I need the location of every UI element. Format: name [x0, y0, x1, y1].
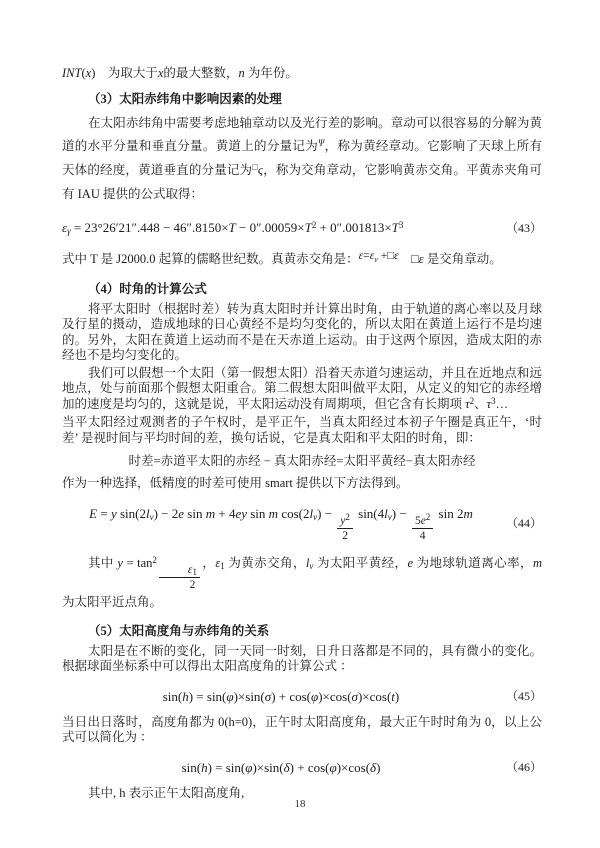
text-run: 3	[399, 220, 404, 230]
text-run: （3）太阳赤纬角中影响因素的处理	[88, 92, 282, 106]
text-run: ν	[150, 512, 154, 522]
text-run: − 0″.00059×	[236, 220, 305, 235]
text-run: 为年份。	[245, 66, 298, 80]
paragraph: 将平太阳时（根据时差）转为真太阳时并计算出时角，由于轨道的离心率以及月球及行星的…	[62, 302, 542, 364]
text-run: ) = sin(	[208, 760, 246, 775]
text-run: ) − 2	[154, 506, 179, 521]
text-run: 1	[220, 561, 225, 571]
text-run: ν	[309, 561, 313, 571]
paragraph: 其中 y = tan2ε12，ε1 为黄赤交角，lν 为太阳平黄经，e 为地球轨…	[62, 552, 542, 614]
text-run: ) 为取大于	[91, 66, 158, 80]
text-run: 2	[470, 396, 475, 406]
text-run: 、	[474, 397, 487, 411]
text-run: m	[269, 506, 278, 521]
text-run: 2	[342, 530, 348, 542]
text-run: +□	[378, 250, 394, 262]
text-run: ey	[235, 506, 247, 521]
section-heading: （5）太阳高度角与赤纬角的关系	[62, 623, 542, 639]
text-run: （4）时角的计算公式	[88, 282, 207, 296]
text-run: )×sin(	[252, 760, 283, 775]
formula-number: （46）	[500, 759, 542, 776]
paragraph: 在太阳赤纬角中需要考虑地轴章动以及光行差的影响。章动可以很容易的分解为黄道的水平…	[62, 112, 542, 206]
text-run: ) = sin(	[189, 689, 227, 704]
formula-block: εγ = 23°26′21″.448 − 46″.8150×T − 0″.000…	[62, 219, 542, 238]
text-run: 为地球轨道离心率，	[413, 556, 533, 570]
text-run: E	[89, 506, 97, 521]
paragraph: 作为一种选择，低精度的时差可使用 smart 提供以下方法得到。	[62, 476, 542, 492]
text-run: 其中	[88, 556, 117, 570]
fraction: ε12	[159, 564, 200, 591]
text-run: 为黄赤交角，	[225, 556, 306, 570]
page-number: 18	[0, 798, 600, 810]
text-run: …	[496, 397, 509, 411]
text-run: = 23°26′21″.448 − 46″.8150×	[71, 220, 229, 235]
formula-block: E = y sin(2lν) − 2e sin m + 4ey sin m co…	[62, 505, 542, 542]
fraction: 5e24	[412, 515, 433, 542]
text-run: φ	[330, 760, 337, 775]
text-run: γ	[67, 226, 71, 236]
centered-line: 时差=赤道平太阳的赤经 − 真太阳赤经=太阳平黄经−真太阳赤经	[62, 453, 542, 469]
text-run: T	[229, 220, 236, 235]
formula-number: （43）	[500, 220, 542, 237]
text-run: =	[97, 506, 111, 521]
text-run: □	[252, 162, 258, 172]
equation: sin(h) = sin(φ)×sin(δ) + cos(φ)×cos(δ)	[62, 759, 500, 776]
text-run: T	[392, 220, 399, 235]
section-heading: （3）太阳赤纬角中影响因素的处理	[62, 91, 542, 107]
text-run: 时差=赤道平太阳的赤经 − 真太阳赤经=太阳平黄经−真太阳赤经	[129, 454, 476, 468]
text-run: 4	[420, 530, 426, 542]
text-run: 2	[152, 555, 157, 565]
formula-block: sin(h) = sin(φ)×sin(σ) + cos(φ)×cos(σ)×c…	[62, 688, 542, 705]
paragraph: 式中 T 是 J2000.0 起算的儒略世纪数。真黄赤交角是：ε=εv +□ε …	[62, 248, 542, 272]
text-run: + 0″.001813×	[316, 220, 391, 235]
text-run: m	[206, 506, 215, 521]
text-run: 2	[312, 220, 317, 230]
text-run: 2	[426, 512, 431, 522]
text-run: 式中 T 是 J2000.0 起算的儒略世纪数。真黄赤交角是：	[62, 252, 359, 266]
text-run: （5）太阳高度角与赤纬角的关系	[88, 624, 269, 638]
text-run: + 4	[215, 506, 235, 521]
text-run: ，	[202, 556, 215, 570]
text-run: = tan	[123, 556, 152, 570]
text-run: □	[399, 252, 419, 266]
text-run: cos(2	[278, 506, 309, 521]
text-run: sin 2	[435, 506, 463, 521]
formula-block: sin(h) = sin(φ)×sin(δ) + cos(φ)×cos(δ)（4…	[62, 759, 542, 776]
text-run: φ	[226, 689, 233, 704]
text-run: )×cos(	[318, 689, 351, 704]
text-run: INT	[62, 66, 81, 80]
text-run: τ	[465, 397, 469, 411]
paragraph: 太阳是在不断的变化，同一天同一时刻，日升日落都是不同的，具有微小的变化。根据球面…	[62, 644, 542, 675]
text-run: 当平太阳经过观测者的子午权时，是平正午，当真太阳经过本初子午圈是真正午，‘时差’…	[62, 415, 542, 445]
document-body: INT(x) 为取大于x的最大整数，n 为年份。（3）太阳赤纬角中影响因素的处理…	[62, 66, 542, 803]
text-run: 将平太阳时（根据时差）转为真太阳时并计算出时角，由于轨道的离心率以及月球及行星的…	[62, 302, 542, 363]
text-run: 2	[190, 579, 196, 591]
formula-number: （44）	[500, 515, 542, 532]
text-run: 作为一种选择，低精度的时差可使用 smart 提供以下方法得到。	[62, 476, 409, 490]
text-run: 为太阳平近点角。	[62, 595, 162, 609]
text-run: sin	[184, 506, 206, 521]
text-run: sin(	[182, 760, 202, 775]
text-run: 是交角章动。	[424, 252, 502, 266]
text-run: ν	[313, 512, 317, 522]
text-run: =	[363, 250, 370, 262]
formula-number: （45）	[500, 688, 542, 705]
text-run: ε	[394, 250, 399, 262]
text-run: 的最大整数，	[163, 66, 238, 80]
text-run: sin(2	[117, 506, 146, 521]
paragraph: 当平太阳经过观测者的子午权时，是平正午，当真太阳经过本初子午圈是真正午，‘时差’…	[62, 415, 542, 446]
text-run: 1	[192, 567, 197, 577]
text-run: sin(	[163, 689, 183, 704]
paragraph: 我们可以假想一个太阳（第一假想太阳）沿着天赤道匀速运动，并且在近地点和远地点，处…	[62, 366, 542, 414]
text-run: sin	[247, 506, 269, 521]
text-run: 3	[491, 396, 496, 406]
text-run: )	[376, 760, 380, 775]
text-run: )×cos(	[337, 760, 370, 775]
text-run: ) −	[392, 506, 410, 521]
text-run: ν	[388, 512, 392, 522]
section-heading: （4）时角的计算公式	[62, 281, 542, 297]
text-run: 太阳是在不断的变化，同一天同一时刻，日升日落都是不同的，具有微小的变化。根据球面…	[62, 644, 542, 674]
text-run: m	[533, 556, 542, 570]
text-run: 2	[345, 512, 350, 522]
paragraph: 当日出日落时，高度角都为 0(h=0)，正午时太阳高度角，最大正午时时角为 0，…	[62, 715, 542, 746]
fraction: y22	[337, 515, 353, 542]
text-run: sin(4	[355, 506, 384, 521]
equation: E = y sin(2lν) − 2e sin m + 4ey sin m co…	[62, 505, 500, 542]
document-page: INT(x) 为取大于x的最大整数，n 为年份。（3）太阳赤纬角中影响因素的处理…	[0, 0, 600, 848]
equation: sin(h) = sin(φ)×sin(σ) + cos(φ)×cos(σ)×c…	[62, 688, 500, 705]
text-run: )×sin(	[234, 689, 265, 704]
text-run: )	[395, 689, 399, 704]
text-run: T	[305, 220, 312, 235]
paragraph: INT(x) 为取大于x的最大整数，n 为年份。	[62, 66, 542, 82]
text-run: Ψ	[318, 138, 324, 148]
text-run: ) −	[317, 506, 335, 521]
equation: εγ = 23°26′21″.448 − 46″.8150×T − 0″.000…	[62, 219, 500, 238]
text-run: )×cos(	[358, 689, 391, 704]
text-run: 当日出日落时，高度角都为 0(h=0)，正午时太阳高度角，最大正午时时角为 0，…	[62, 715, 542, 745]
text-run: ) + cos(	[271, 689, 311, 704]
text-run: m	[463, 506, 472, 521]
text-run: 为太阳平黄经，	[313, 556, 407, 570]
text-run: ) + cos(	[290, 760, 330, 775]
